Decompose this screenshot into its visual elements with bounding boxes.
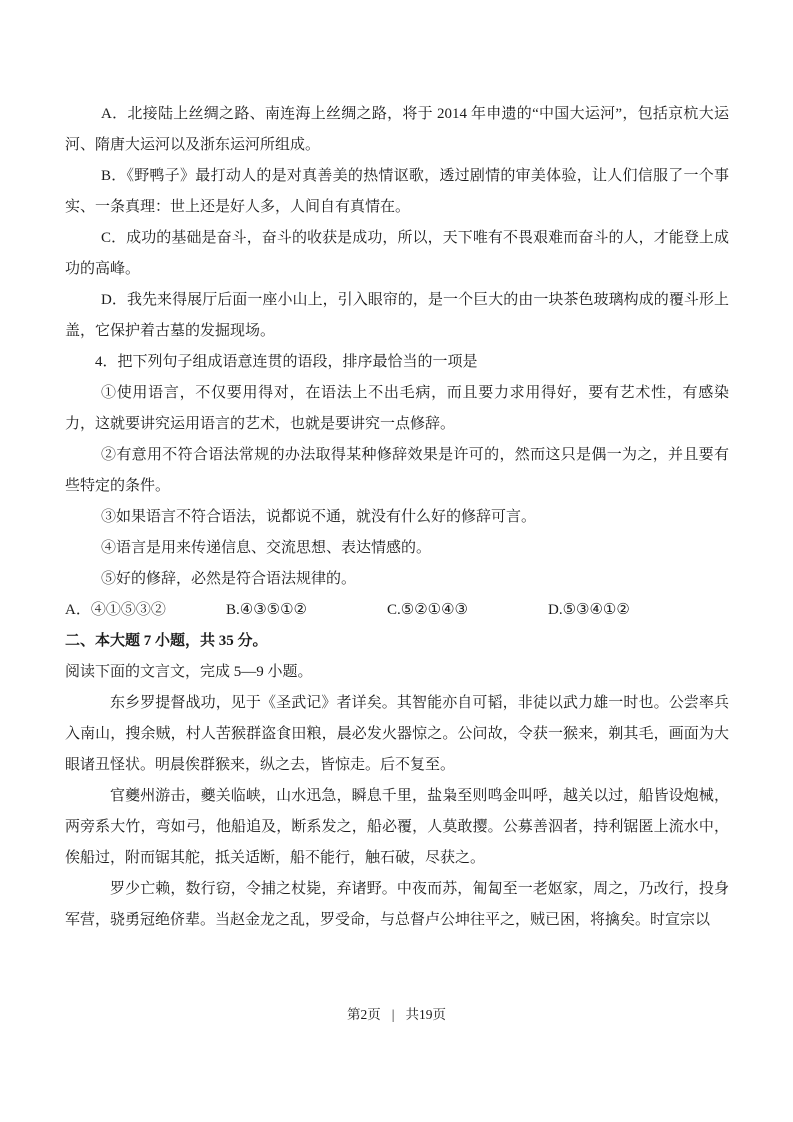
option-d-label: D． — [101, 292, 127, 308]
option-a-text: 北接陆上丝绸之路、南连海上丝绸之路，将于 2014 年申遗的“中国大运河”，包括… — [65, 106, 729, 153]
option-a-label: A． — [101, 106, 127, 122]
exam-paper-page: A．北接陆上丝绸之路、南连海上丝绸之路，将于 2014 年申遗的“中国大运河”，… — [0, 0, 793, 1122]
reading-instruction: 阅读下面的文言文，完成 5—9 小题。 — [65, 657, 729, 688]
question4-sentence-5: ⑤好的修辞，必然是符合语法规律的。 — [65, 564, 729, 595]
footer-total-pages: 共19页 — [405, 1007, 446, 1022]
option-c-text: 成功的基础是奋斗，奋斗的收获是成功，所以，天下唯有不畏艰难而奋斗的人，才能登上成… — [65, 230, 729, 277]
question4-sentence-4: ④语言是用来传递信息、交流思想、表达情感的。 — [65, 533, 729, 564]
option-b-text: 《野鸭子》最打动人的是对真善美的热情讴歌，透过剧情的审美体验，让人们信服了一个事… — [65, 168, 729, 215]
question3-option-a: A．北接陆上丝绸之路、南连海上丝绸之路，将于 2014 年申遗的“中国大运河”，… — [65, 99, 729, 161]
option-c-label: C． — [101, 230, 126, 246]
footer-page-number: 第2页 — [347, 1007, 381, 1022]
question4-sentence-1: ①使用语言，不仅要用得对，在语法上不出毛病，而且要力求用得好，要有艺术性，有感染… — [65, 378, 729, 440]
question4-choice-d: D.⑤③④①② — [548, 595, 630, 626]
page-footer: 第2页|共19页 — [0, 1002, 793, 1028]
passage-paragraph-3: 罗少亡赖，数行窃，令捕之杖毙，弃诸野。中夜而苏，匍匐至一老妪家，周之，乃改行，投… — [65, 874, 729, 936]
question4-choice-b: B.④③⑤①② — [226, 595, 387, 626]
question4-choice-c: C.⑤②①④③ — [387, 595, 548, 626]
question4-stem: 4．把下列句子组成语意连贯的语段，排序最恰当的一项是 — [65, 347, 729, 378]
option-b-label: B． — [101, 168, 127, 184]
passage-paragraph-1: 东乡罗提督战功，见于《圣武记》者详矣。其智能亦自可韬，非徒以武力雄一时也。公尝率… — [65, 688, 729, 781]
question4-choices-row: A．④①⑤③② B.④③⑤①② C.⑤②①④③ D.⑤③④①② — [65, 595, 729, 626]
document-body: A．北接陆上丝绸之路、南连海上丝绸之路，将于 2014 年申遗的“中国大运河”，… — [65, 99, 729, 936]
section-two-heading: 二、本大题 7 小题，共 35 分。 — [65, 626, 729, 657]
question3-option-c: C．成功的基础是奋斗，奋斗的收获是成功，所以，天下唯有不畏艰难而奋斗的人，才能登… — [65, 223, 729, 285]
question4-sentence-3: ③如果语言不符合语法，说都说不通，就没有什么好的修辞可言。 — [65, 502, 729, 533]
question3-option-b: B．《野鸭子》最打动人的是对真善美的热情讴歌，透过剧情的审美体验，让人们信服了一… — [65, 161, 729, 223]
question3-option-d: D．我先来得展厅后面一座小山上，引入眼帘的，是一个巨大的由一块茶色玻璃构成的覆斗… — [65, 285, 729, 347]
passage-paragraph-2: 官夔州游击，夔关临峡，山水迅急，瞬息千里，盐枭至则鸣金叫呼，越关以过，船皆设炮械… — [65, 781, 729, 874]
footer-separator: | — [392, 1002, 395, 1028]
question4-sentence-2: ②有意用不符合语法常规的办法取得某种修辞效果是许可的，然而这只是偶一为之，并且要… — [65, 440, 729, 502]
option-d-text: 我先来得展厅后面一座小山上，引入眼帘的，是一个巨大的由一块茶色玻璃构成的覆斗形上… — [65, 292, 729, 339]
question4-choice-a: A．④①⑤③② — [65, 595, 226, 626]
